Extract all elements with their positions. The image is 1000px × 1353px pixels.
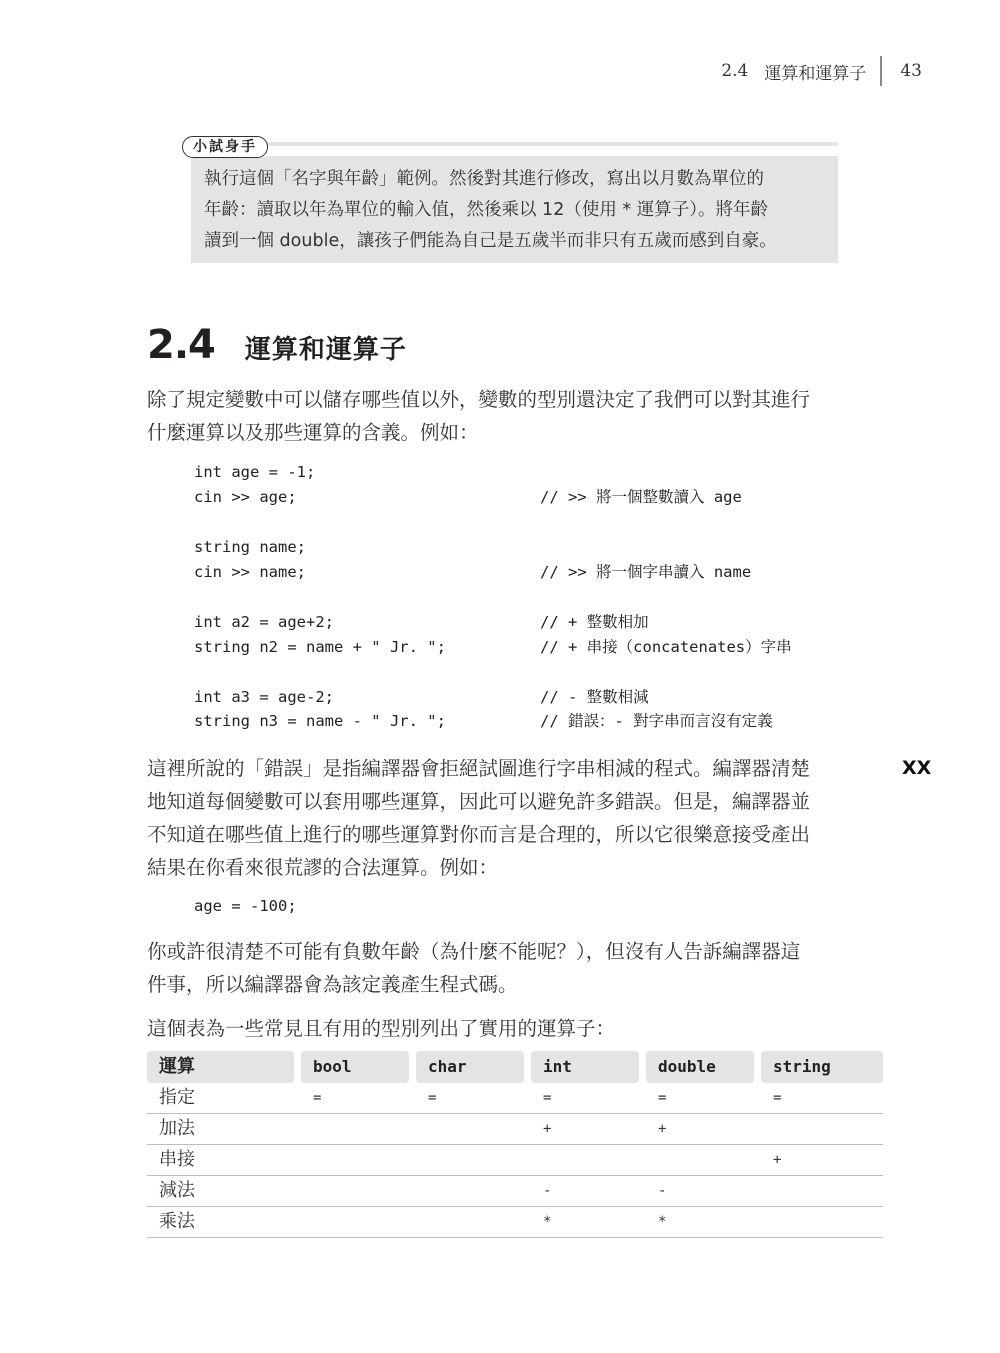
table-cell: * [646,1207,754,1237]
table-cell [301,1145,409,1175]
table-cell: + [646,1114,754,1144]
code-line: int a3 = age-2; [194,685,334,710]
table-cell: 乘法 [147,1207,294,1237]
table-row: 乘法 * * [147,1207,883,1238]
table-cell [646,1145,754,1175]
table-cell [301,1207,409,1237]
table-cell: = [416,1083,524,1113]
paragraph-line: 你或許很清楚不可能有負數年齡（為什麼不能呢？），但沒有人告訴編譯器這 [147,935,800,968]
page-number: 43 [900,61,922,81]
running-head: 2.4 運算和運算子 43 [721,56,922,86]
table-cell [531,1145,639,1175]
running-head-section-title: 運算和運算子 [764,59,866,84]
margin-marker: XX [902,757,931,779]
header-cell-string: string [761,1051,883,1083]
paragraph-line: 結果在你看來很荒謬的合法運算。例如： [147,851,810,884]
code-line: string n2 = name + " Jr. "; [194,635,446,660]
table-cell: - [531,1176,639,1206]
try-this-label: 小試身手 [182,136,268,158]
table-cell [416,1114,524,1144]
table-cell: 指定 [147,1083,294,1113]
code-comment: // + 串接（concatenates）字串 [540,635,792,660]
code-comment: // >> 將一個字串讀入 name [540,560,751,585]
table-header: 運算 bool char int double string [147,1051,883,1083]
table-cell [301,1114,409,1144]
table-cell: 串接 [147,1145,294,1175]
table-cell: + [761,1145,883,1175]
table-row: 指定 = = = = = [147,1083,883,1114]
table-cell [761,1114,883,1144]
table-row: 串接 + [147,1145,883,1176]
code-line: string n3 = name - " Jr. "; [194,709,446,734]
table-cell: 減法 [147,1176,294,1206]
paragraph-line: 除了規定變數中可以儲存哪些值以外，變數的型別還決定了我們可以對其進行 [147,383,810,416]
table-cell: = [646,1083,754,1113]
table-cell [416,1207,524,1237]
table-cell [416,1145,524,1175]
table-row: 減法 - - [147,1176,883,1207]
paragraph-line: 地知道每個變數可以套用哪些運算，因此可以避免許多錯誤。但是，編譯器並 [147,785,810,818]
operator-table: 運算 bool char int double string 指定 = = = … [147,1051,883,1238]
running-head-section-number: 2.4 [721,61,748,81]
table-row: 加法 + + [147,1114,883,1145]
code-comment: // + 整數相加 [540,610,649,635]
header-cell-bool: bool [301,1051,409,1083]
try-this-line: 執行這個「名字與年齡」範例。然後對其進行修改，寫出以月數為單位的 [204,164,826,195]
code-line: age = -100; [194,894,297,919]
section-heading: 2.4 運算和運算子 [147,322,407,368]
table-cell [301,1176,409,1206]
running-head-divider [880,56,882,86]
table-cell: - [646,1176,754,1206]
table-intro: 這個表為一些常見且有用的型別列出了實用的運算子： [147,1012,615,1045]
table-cell [761,1176,883,1206]
section-title: 運算和運算子 [245,329,407,366]
code-comment: // >> 將一個整數讀入 age [540,485,742,510]
section-number: 2.4 [147,322,215,368]
table-cell: + [531,1114,639,1144]
try-this-line: 年齡：讀取以年為單位的輸入值，然後乘以 12（使用 * 運算子）。將年齡 [204,195,826,226]
paragraph-line: 什麼運算以及那些運算的含義。例如： [147,416,810,449]
intro-paragraph: 除了規定變數中可以儲存哪些值以外，變數的型別還決定了我們可以對其進行 什麼運算以… [147,383,810,449]
header-cell-char: char [416,1051,524,1083]
try-this-body: 執行這個「名字與年齡」範例。然後對其進行修改，寫出以月數為單位的 年齡：讀取以年… [191,156,838,263]
paragraph-line: 不知道在哪些值上進行的哪些運算對你而言是合理的，所以它很樂意接受產出 [147,818,810,851]
table-cell [416,1176,524,1206]
paragraph-line: 件事，所以編譯器會為該定義產生程式碼。 [147,968,800,1001]
table-cell: = [301,1083,409,1113]
try-this-line: 讀到一個 double，讓孩子們能為自己是五歲半而非只有五歲而感到自豪。 [204,226,826,257]
table-cell [761,1207,883,1237]
header-cell-double: double [646,1051,754,1083]
error-paragraph: 這裡所說的「錯誤」是指編譯器會拒絕試圖進行字串相減的程式。編譯器清楚 地知道每個… [147,752,810,884]
code-comment: // - 整數相減 [540,685,649,710]
code-comment: // 錯誤：- 對字串而言沒有定義 [540,709,773,734]
table-cell: = [761,1083,883,1113]
table-cell: = [531,1083,639,1113]
try-this-rule [262,142,838,146]
code-line: string name; [194,535,306,560]
table-cell: * [531,1207,639,1237]
header-cell-int: int [531,1051,639,1083]
code-line: int age = -1; [194,460,315,485]
code-line: cin >> age; [194,485,297,510]
paragraph-line: 這裡所說的「錯誤」是指編譯器會拒絕試圖進行字串相減的程式。編譯器清楚 [147,752,810,785]
table-cell: 加法 [147,1114,294,1144]
code-line: int a2 = age+2; [194,610,334,635]
code-line: cin >> name; [194,560,306,585]
negative-age-paragraph: 你或許很清楚不可能有負數年齡（為什麼不能呢？），但沒有人告訴編譯器這 件事，所以… [147,935,800,1001]
header-cell-operation: 運算 [147,1051,294,1083]
